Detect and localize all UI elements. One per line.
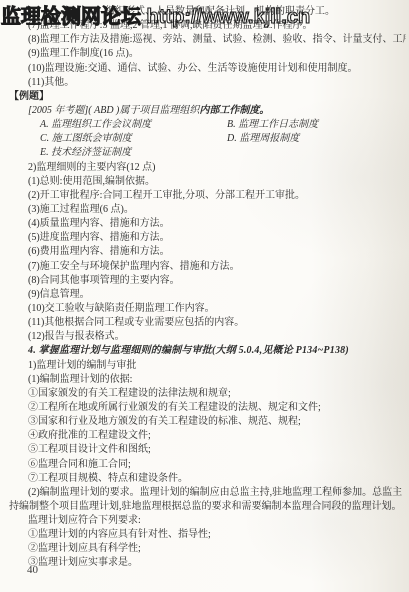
text-line: (9)信息管理。 xyxy=(9,288,406,302)
text-line: ②监理计划应具有科学性; xyxy=(9,542,406,556)
text-line: (5)进度监理内容、措施和方法。 xyxy=(9,231,406,245)
question-text: [2005 年考题]( ABD )属于项目监理组织 xyxy=(28,105,199,116)
text-line: ⑥监理合同和施工合同; xyxy=(9,458,406,472)
option-item: B. 监理工作日志制度 xyxy=(227,118,318,132)
text-line: ②工程所在地或所属行业颁发的有关工程建设的法规、规定和文件; xyxy=(9,401,406,415)
option-item: D. 监理周报制度 xyxy=(227,132,299,146)
option-item: E. 技术经济签证制度 xyxy=(40,146,227,160)
text-line: (8)合同其他事项管理的主要内容。 xyxy=(9,274,406,288)
option-item: A. 监理组织工作会议制度 xyxy=(40,118,227,132)
text-line: (7)施工安全与环境保护监理内容、措施和方法。 xyxy=(9,260,406,274)
page-text-block: 组织形式、人员数量和配备计划、机构的职责分工。(7)监理工作程序:5 监理,2 … xyxy=(9,5,406,571)
text-line: [2005 年考题]( ABD )属于项目监理组织内部工作制度。 xyxy=(9,104,406,118)
text-line: (4)质量监理内容、措施和方法。 xyxy=(9,217,406,231)
text-line: (12)报告与报表格式。 xyxy=(9,330,406,344)
text-line: E. 技术经济签证制度 xyxy=(9,146,406,160)
text-line: (10)监理设施:交通、通信、试验、办公、生活等设施使用计划和使用制度。 xyxy=(9,62,406,76)
text-line: 4. 掌握监理计划与监理细则的编制与审批(大纲 5.0.4,见概论 P134~P… xyxy=(9,344,406,358)
text-line: (2)开工审批程序:合同工程开工审批,分项、分部工程开工审批。 xyxy=(9,189,406,203)
text-line: ①监理计划的内容应具有针对性、指导性; xyxy=(9,528,406,542)
text-line: (3)施工过程监理(6 点)。 xyxy=(9,203,406,217)
text-line: ①国家颁发的有关工程建设的法律法规和规章; xyxy=(9,387,406,401)
scanned-book-page: 监理检测网论坛 http://www.kjll.cn 组织形式、人员数量和配备计… xyxy=(0,0,409,592)
text-line: 监理计划应符合下列要求: xyxy=(9,514,406,528)
text-line: ③监理计划应实事求是。 xyxy=(9,556,406,570)
text-line: (9)监理工作制度(16 点)。 xyxy=(9,47,406,61)
text-line: 2)监理细则的主要内容(12 点) xyxy=(9,161,406,175)
text-line: (8)监理工作方法及措施:巡视、旁站、测量、试验、检测、验收、指令、计量支付、工… xyxy=(9,33,406,47)
text-line: A. 监理组织工作会议制度B. 监理工作日志制度 xyxy=(9,118,406,132)
text-line: ④政府批准的工程建设文件; xyxy=(9,429,406,443)
text-line: (11)其他根据合同工程或专业需要应包括的内容。 xyxy=(9,316,406,330)
text-line: (1)编制监理计划的依据: xyxy=(9,373,406,387)
emphasized-text: 内部工作制度。 xyxy=(199,105,269,116)
text-line: (11)其他。 xyxy=(9,76,406,90)
text-line: (6)费用监理内容、措施和方法。 xyxy=(9,245,406,259)
text-line: ③国家和行业及地方颁发的有关工程建设的标准、规范、规程; xyxy=(9,415,406,429)
page-number: 40 xyxy=(27,564,38,576)
text-line: (10)交工验收与缺陷责任期监理工作内容。 xyxy=(9,302,406,316)
text-line: 【例题】 xyxy=(9,90,406,104)
text-line: 1)监理计划的编制与审批 xyxy=(9,359,406,373)
text-line: C. 施工图纸会审制度D. 监理周报制度 xyxy=(9,132,406,146)
text-line: 持编制整个项目监理计划,驻地监理根据总监的要求和需要编制本监理合同段的监理计划。 xyxy=(9,500,406,514)
option-item: C. 施工图纸会审制度 xyxy=(40,132,227,146)
text-line: ⑦工程项目规模、特点和建设条件。 xyxy=(9,472,406,486)
text-line: ⑤工程项目设计文件和图纸; xyxy=(9,443,406,457)
forum-watermark: 监理检测网论坛 http://www.kjll.cn xyxy=(1,0,310,29)
text-line: (1)总则:使用范围,编制依据。 xyxy=(9,175,406,189)
text-line: (2)编制监理计划的要求。监理计划的编制应由总监主持,驻地监理工程师参加。总监主 xyxy=(9,486,406,500)
